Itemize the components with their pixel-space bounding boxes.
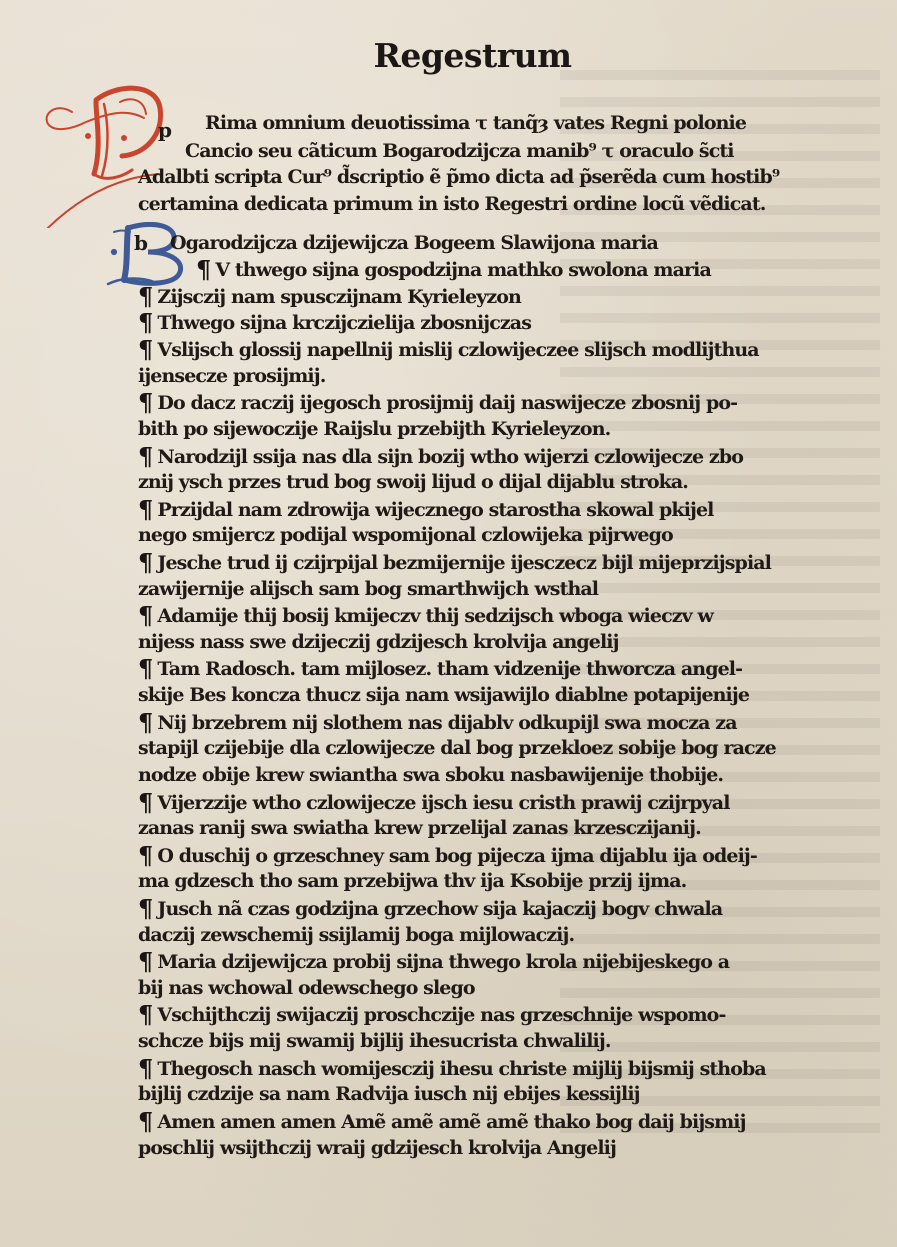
verse-line: ¶Jusch nã czas godzijna grzechow sija ka… <box>138 897 722 921</box>
verse-line: ¶Jesche trud ij czijrpijal bezmijernije … <box>138 551 771 575</box>
pilcrow-icon: ¶ <box>138 1003 152 1027</box>
verse-line: ¶V thwego sijna gospodzijna mathko swolo… <box>196 258 711 282</box>
verse-line: ¶Amen amen amen Amẽ amẽ amẽ amẽ thako bo… <box>138 1110 746 1134</box>
pilcrow-icon: ¶ <box>138 657 152 681</box>
verse-line: ¶Do dacz raczij ijegosch prosijmij daij … <box>138 391 737 415</box>
verse-line: ijensecze prosijmij. <box>138 365 325 387</box>
verse-line: stapijl czijebije dla czlowijecze dal bo… <box>138 737 776 759</box>
intro-line: Rima omnium deuotissima τ tanq̃ȝ vates R… <box>205 112 746 134</box>
pilcrow-icon: ¶ <box>138 445 152 469</box>
pilcrow-icon: ¶ <box>138 551 152 575</box>
pilcrow-icon: ¶ <box>138 711 152 735</box>
pilcrow-icon: ¶ <box>138 311 152 335</box>
verse-line: ¶Maria dzijewijcza probij sijna thwego k… <box>138 950 729 974</box>
verse-line: nego smijercz podijal wspomijonal czlowi… <box>138 524 673 546</box>
verse-line: daczij zewschemij ssijlamij boga mijlowa… <box>138 924 574 946</box>
verse-line: ¶Thegosch nasch womijesczij ihesu christ… <box>138 1057 766 1081</box>
verse-line: znij ysch przes trud bog swoij lijud o d… <box>138 471 688 493</box>
pilcrow-icon: ¶ <box>138 1057 152 1081</box>
verse-line: zanas ranij swa swiatha krew przelijal z… <box>138 817 701 839</box>
pilcrow-icon: ¶ <box>138 498 152 522</box>
verse-line: zawijernije alijsch sam bog smarthwijch … <box>138 578 598 600</box>
verse-line: ¶O duschij o grzeschney sam bog pijecza … <box>138 844 757 868</box>
pilcrow-icon: ¶ <box>138 897 152 921</box>
pilcrow-icon: ¶ <box>138 338 152 362</box>
verse-line: ¶Tam Radosch. tam mijlosez. tham vidzeni… <box>138 657 742 681</box>
page-title: Regestrum <box>24 36 897 75</box>
verse-line: ¶Vslijsch glossij napellnij mislij czlow… <box>138 338 759 362</box>
verse-line: ma gdzesch tho sam przebijwa thv ija Kso… <box>138 870 686 892</box>
verse-line: schcze bijs mij swamij bijlij ihesucrist… <box>138 1030 611 1052</box>
verse-line: bijlij czdzije sa nam Radvija iusch nij … <box>138 1083 640 1105</box>
pilcrow-icon: ¶ <box>138 844 152 868</box>
verse-line: bith po sijewoczije Raijslu przebijth Ky… <box>138 418 610 440</box>
guide-letter-p: p <box>158 118 172 142</box>
intro-line: Cancio seu cãticum Bogarodzijcza manib⁹ … <box>185 140 734 162</box>
verse-line: ¶Nij brzebrem nij slothem nas dijablv od… <box>138 711 737 735</box>
intro-line: Adalbti scripta Cur⁹ d̃scriptio ẽ p̃mo d… <box>138 166 779 188</box>
pilcrow-icon: ¶ <box>138 1110 152 1134</box>
verse-line: nijess nass swe dzijeczij gdzijesch krol… <box>138 631 619 653</box>
pilcrow-icon: ¶ <box>138 791 152 815</box>
pilcrow-icon: ¶ <box>138 604 152 628</box>
verse-line: bij nas wchowal odewschego slego <box>138 977 475 999</box>
guide-letter-b: b <box>134 231 148 255</box>
verse-line: poschlij wsijthczij wraij gdzijesch krol… <box>138 1137 616 1159</box>
intro-line: certamina dedicata primum in isto Regest… <box>138 193 765 215</box>
pilcrow-icon: ¶ <box>196 258 210 282</box>
verse-line: ¶Thwego sijna krczijczielija zbosnijczas <box>138 311 531 335</box>
verse-line: ¶Vschijthczij swijaczij proschczije nas … <box>138 1003 725 1027</box>
verse-line: nodze obije krew swiantha swa sboku nasb… <box>138 764 723 786</box>
verse-line: Ogarodzijcza dzijewijcza Bogeem Slawijon… <box>170 232 658 254</box>
pilcrow-icon: ¶ <box>138 285 152 309</box>
verse-line: skije Bes koncza thucz sija nam wsijawij… <box>138 684 749 706</box>
verse-line: ¶Narodzijl ssija nas dla sijn bozij wtho… <box>138 445 743 469</box>
pilcrow-icon: ¶ <box>138 950 152 974</box>
pilcrow-icon: ¶ <box>138 391 152 415</box>
verse-line: ¶Adamije thij bosij kmijeczv thij sedzij… <box>138 604 713 628</box>
verse-line: ¶Zijsczij nam spusczijnam Kyrieleyzon <box>138 285 521 309</box>
verse-line: ¶Vijerzzije wtho czlowijecze ijsch iesu … <box>138 791 730 815</box>
verse-line: ¶Przijdal nam zdrowija wijecznego staros… <box>138 498 714 522</box>
incunabulum-page: Regestrum p b Rima omnium deuotissima τ … <box>0 0 897 1247</box>
